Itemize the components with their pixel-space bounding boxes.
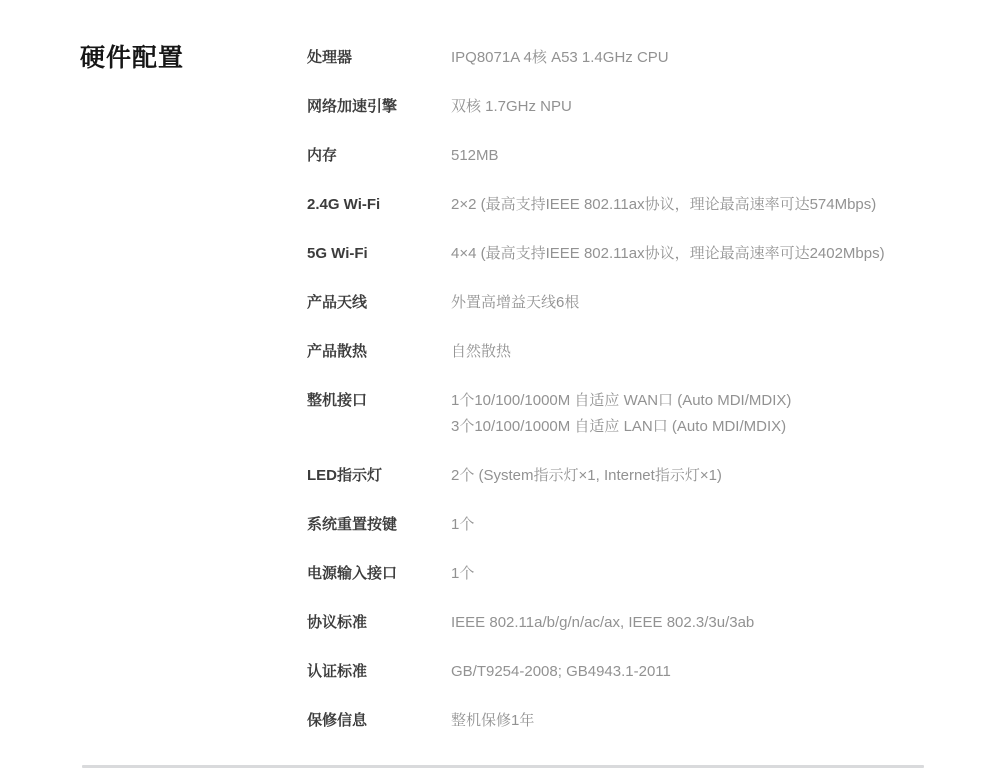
spec-label: 协议标准 <box>307 612 451 634</box>
spec-value: IPQ8071A 4核 A53 1.4GHz CPU <box>451 47 960 69</box>
spec-row: 产品天线 外置高增益天线6根 <box>307 292 960 314</box>
spec-value: 外置高增益天线6根 <box>451 292 960 314</box>
spec-row: 系统重置按键 1个 <box>307 514 960 536</box>
spec-value: 1个10/100/1000M 自适应 WAN口 (Auto MDI/MDIX)3… <box>451 390 960 438</box>
spec-label: 产品天线 <box>307 292 451 314</box>
spec-value-line: 2个 (System指示灯×1, Internet指示灯×1) <box>451 465 960 487</box>
spec-row: 认证标准 GB/T9254-2008; GB4943.1-2011 <box>307 661 960 683</box>
spec-row: 网络加速引擎 双核 1.7GHz NPU <box>307 96 960 118</box>
spec-value-line: 自然散热 <box>451 341 960 363</box>
spec-label: 整机接口 <box>307 390 451 412</box>
spec-value-line: 1个 <box>451 563 960 585</box>
spec-value: IEEE 802.11a/b/g/n/ac/ax, IEEE 802.3/3u/… <box>451 612 960 634</box>
spec-label: 5G Wi-Fi <box>307 243 451 265</box>
spec-label: 处理器 <box>307 47 451 69</box>
spec-value: 双核 1.7GHz NPU <box>451 96 960 118</box>
spec-value: 整机保修1年 <box>451 710 960 732</box>
spec-value-line: 1个 <box>451 514 960 536</box>
spec-row: 5G Wi-Fi 4×4 (最高支持IEEE 802.11ax协议，理论最高速率… <box>307 243 960 265</box>
spec-value: 1个 <box>451 563 960 585</box>
spec-row: 2.4G Wi-Fi 2×2 (最高支持IEEE 802.11ax协议，理论最高… <box>307 194 960 216</box>
bottom-divider <box>82 765 924 768</box>
spec-label: 内存 <box>307 145 451 167</box>
spec-value: 4×4 (最高支持IEEE 802.11ax协议，理论最高速率可达2402Mbp… <box>451 243 960 265</box>
spec-table: 处理器 IPQ8071A 4核 A53 1.4GHz CPU 网络加速引擎 双核… <box>307 44 960 759</box>
spec-label: LED指示灯 <box>307 465 451 487</box>
spec-row: 处理器 IPQ8071A 4核 A53 1.4GHz CPU <box>307 47 960 69</box>
spec-value-line: 2×2 (最高支持IEEE 802.11ax协议，理论最高速率可达574Mbps… <box>451 194 960 216</box>
spec-label: 系统重置按键 <box>307 514 451 536</box>
spec-value: GB/T9254-2008; GB4943.1-2011 <box>451 661 960 683</box>
spec-label: 产品散热 <box>307 341 451 363</box>
spec-value: 2×2 (最高支持IEEE 802.11ax协议，理论最高速率可达574Mbps… <box>451 194 960 216</box>
spec-value-line: GB/T9254-2008; GB4943.1-2011 <box>451 661 960 683</box>
spec-value-line: 外置高增益天线6根 <box>451 292 960 314</box>
spec-value: 2个 (System指示灯×1, Internet指示灯×1) <box>451 465 960 487</box>
spec-value-line: IPQ8071A 4核 A53 1.4GHz CPU <box>451 47 960 69</box>
spec-value-line: 3个10/100/1000M 自适应 LAN口 (Auto MDI/MDIX) <box>451 416 960 438</box>
spec-label: 认证标准 <box>307 661 451 683</box>
spec-value-line: IEEE 802.11a/b/g/n/ac/ax, IEEE 802.3/3u/… <box>451 612 960 634</box>
spec-page: 硬件配置 处理器 IPQ8071A 4核 A53 1.4GHz CPU 网络加速… <box>0 0 1000 773</box>
spec-label: 2.4G Wi-Fi <box>307 194 451 216</box>
spec-value-line: 双核 1.7GHz NPU <box>451 96 960 118</box>
spec-label: 网络加速引擎 <box>307 96 451 118</box>
spec-row: 协议标准 IEEE 802.11a/b/g/n/ac/ax, IEEE 802.… <box>307 612 960 634</box>
spec-row: 产品散热 自然散热 <box>307 341 960 363</box>
spec-row: 电源输入接口 1个 <box>307 563 960 585</box>
spec-value-line: 512MB <box>451 145 960 167</box>
spec-row: 保修信息 整机保修1年 <box>307 710 960 732</box>
spec-value: 1个 <box>451 514 960 536</box>
section-title: 硬件配置 <box>80 44 307 72</box>
spec-value: 512MB <box>451 145 960 167</box>
spec-label: 保修信息 <box>307 710 451 732</box>
hardware-config-section: 硬件配置 处理器 IPQ8071A 4核 A53 1.4GHz CPU 网络加速… <box>0 0 1000 759</box>
spec-value-line: 4×4 (最高支持IEEE 802.11ax协议，理论最高速率可达2402Mbp… <box>451 243 960 265</box>
spec-label: 电源输入接口 <box>307 563 451 585</box>
spec-value: 自然散热 <box>451 341 960 363</box>
spec-row: LED指示灯 2个 (System指示灯×1, Internet指示灯×1) <box>307 465 960 487</box>
spec-value-line: 1个10/100/1000M 自适应 WAN口 (Auto MDI/MDIX) <box>451 390 960 412</box>
spec-row: 整机接口 1个10/100/1000M 自适应 WAN口 (Auto MDI/M… <box>307 390 960 438</box>
spec-row: 内存 512MB <box>307 145 960 167</box>
spec-value-line: 整机保修1年 <box>451 710 960 732</box>
